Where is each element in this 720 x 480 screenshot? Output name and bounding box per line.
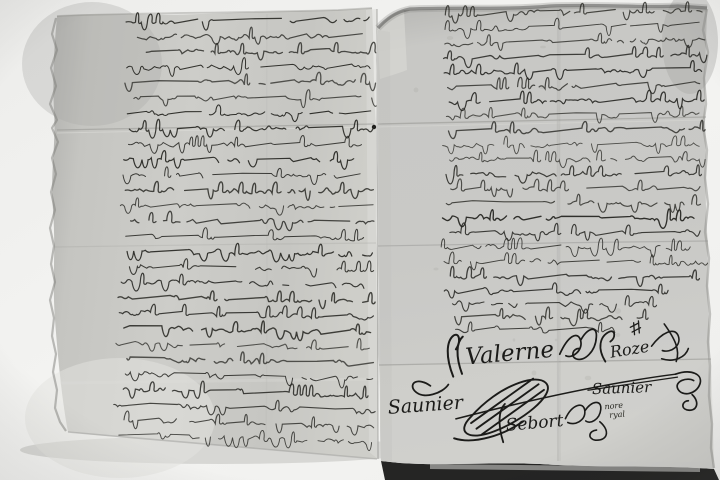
manuscript-photo: Valerne Roze Saunier Saunier <box>0 0 720 480</box>
photo-vignette <box>0 0 720 480</box>
manuscript-scene: Valerne Roze Saunier Saunier <box>0 0 720 480</box>
